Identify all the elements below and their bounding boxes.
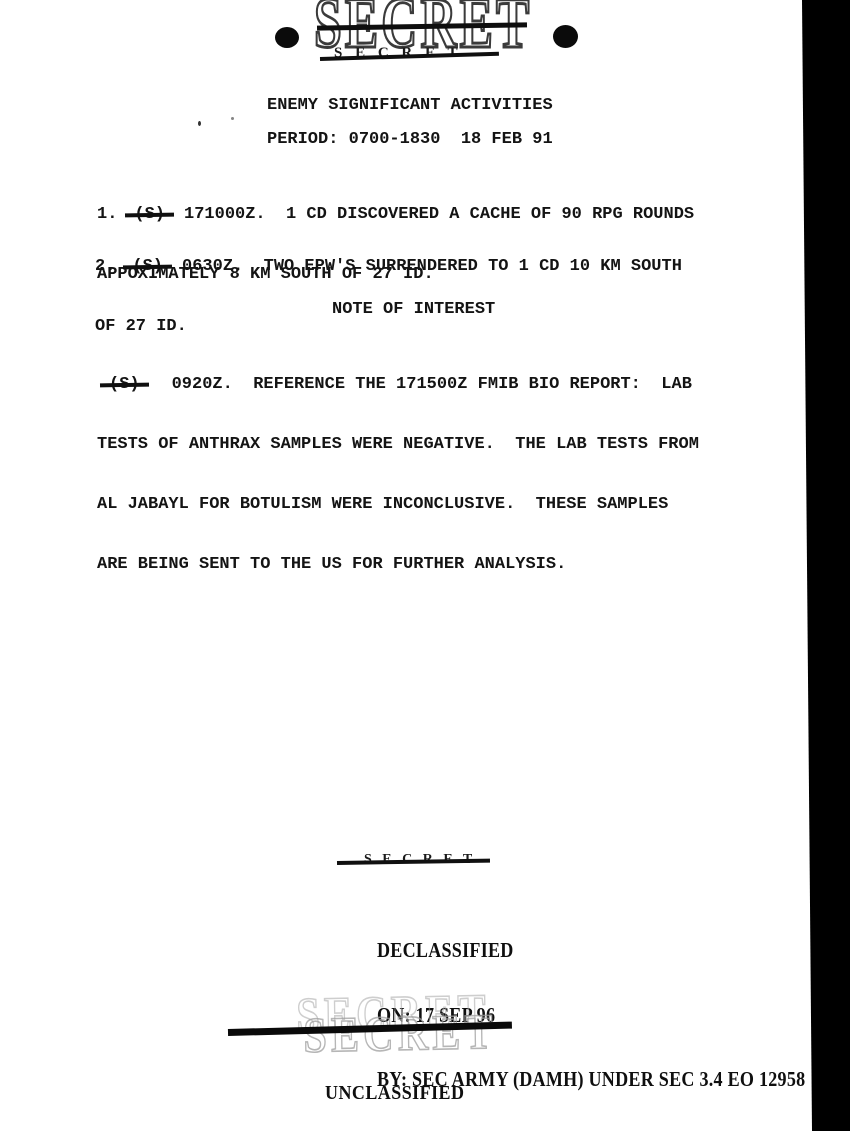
classification-marker-struck: (S) <box>109 375 140 395</box>
item-number: 2. <box>95 257 115 276</box>
declassified-label: DECLASSIFIED <box>377 940 805 962</box>
hole-punch-right <box>553 25 578 48</box>
scan-speck <box>198 121 201 126</box>
activity-item-2-line-2: OF 27 ID. <box>95 317 682 337</box>
unclassified-label: UNCLASSIFIED <box>325 1082 464 1105</box>
note-text: 0920Z. REFERENCE THE 171500Z FMIB BIO RE… <box>172 375 692 394</box>
note-line-3: AL JABAYL FOR BOTULISM WERE INCONCLUSIVE… <box>97 495 699 515</box>
note-line-1: (S)0920Z. REFERENCE THE 171500Z FMIB BIO… <box>97 375 699 395</box>
note-line-4: ARE BEING SENT TO THE US FOR FURTHER ANA… <box>97 555 699 575</box>
note-of-interest-heading: NOTE OF INTEREST <box>332 300 495 320</box>
classification-marker-struck: (S) <box>132 257 163 277</box>
scan-speck <box>231 117 234 120</box>
period-line: PERIOD: 0700-1830 18 FEB 91 <box>267 130 553 150</box>
scanned-document-page: SECRET S E C R E T ENEMY SIGNIFICANT ACT… <box>0 0 850 1131</box>
activity-item-2-line-1: 2.(S)0630Z. TWO EPW'S SURRENDERED TO 1 C… <box>95 257 682 277</box>
note-line-2: TESTS OF ANTHRAX SAMPLES WERE NEGATIVE. … <box>97 435 699 455</box>
hole-punch-left <box>275 27 299 48</box>
item-text: 0630Z. TWO EPW'S SURRENDERED TO 1 CD 10 … <box>182 257 682 276</box>
scan-edge-bar <box>800 0 850 1131</box>
document-title: ENEMY SIGNIFICANT ACTIVITIES <box>267 96 553 116</box>
note-of-interest-body: (S)0920Z. REFERENCE THE 171500Z FMIB BIO… <box>97 335 699 615</box>
